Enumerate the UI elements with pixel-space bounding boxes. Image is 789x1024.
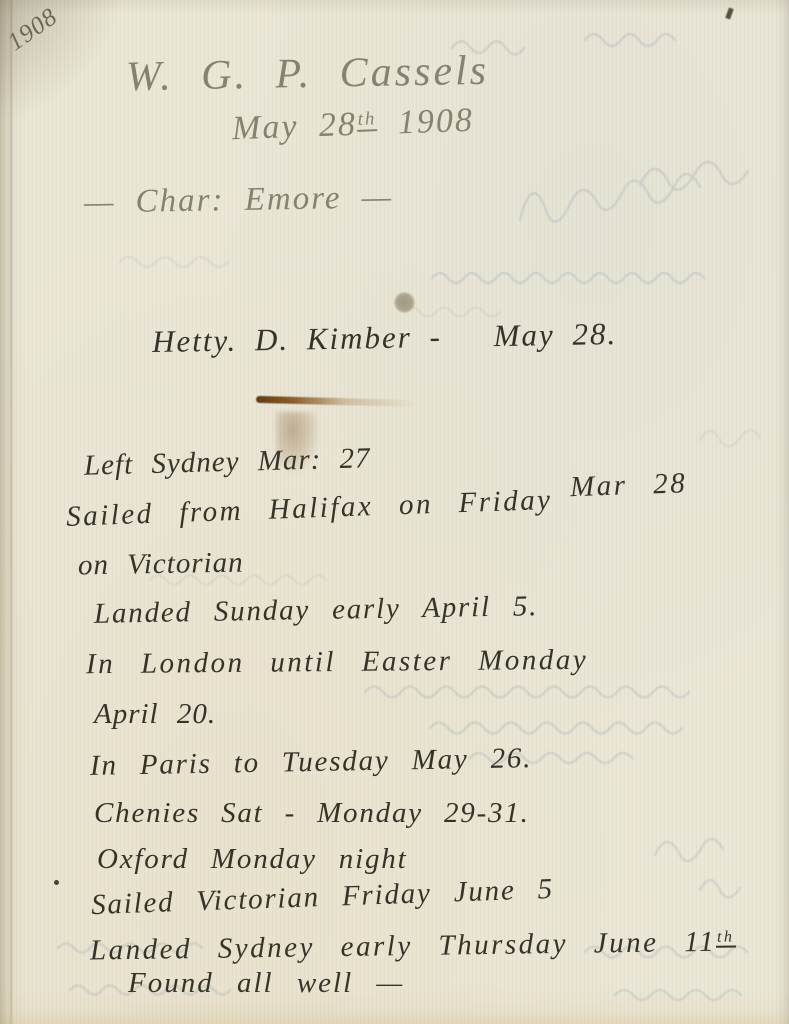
notebook-page: 1908 W. G. P. Cassels May 28th 1908 — Ch… — [0, 0, 789, 1024]
line-text: Landed Sunday early April 5. — [94, 590, 539, 630]
line-text: on Victorian — [78, 547, 244, 582]
line-text: April 20. — [94, 698, 216, 730]
line-ordinal: th — [716, 929, 736, 948]
line-text: In Paris to Tuesday May 26. — [90, 742, 533, 782]
gutter-crease — [10, 0, 12, 1024]
signature-date-ordinal: th — [356, 108, 377, 132]
note-line: — Char: Emore — — [84, 179, 394, 221]
signature-date-day: May 28 — [231, 106, 357, 147]
journal-line: April 20. — [94, 698, 216, 731]
journal-line: In London until Easter Monday — [86, 644, 588, 681]
line-tail: Mar 28 — [570, 467, 688, 503]
journal-line: Found all well — — [128, 967, 404, 1000]
signature-name: W. G. P. Cassels — [126, 47, 490, 101]
line-text: Left Sydney Mar: 27 — [84, 442, 371, 481]
entry-title-name: Hetty. D. Kimber - — [152, 319, 442, 359]
entry-title-date: May 28. — [493, 316, 617, 353]
journal-line: Oxford Monday night — [97, 843, 407, 876]
journal-line: Chenies Sat - Monday 29-31. — [94, 797, 530, 830]
ink-dot-blemish — [394, 292, 415, 313]
line-text: In London until Easter Monday — [86, 644, 588, 680]
line-text: Oxford Monday night — [97, 843, 407, 875]
ink-speck — [54, 880, 59, 885]
line-text: Found all well — — [128, 967, 404, 999]
brown-smudge-blob — [276, 412, 318, 472]
line-text: Chenies Sat - Monday 29-31. — [94, 797, 530, 829]
signature-date-year: 1908 — [397, 102, 474, 142]
journal-line: on Victorian — [78, 547, 244, 583]
